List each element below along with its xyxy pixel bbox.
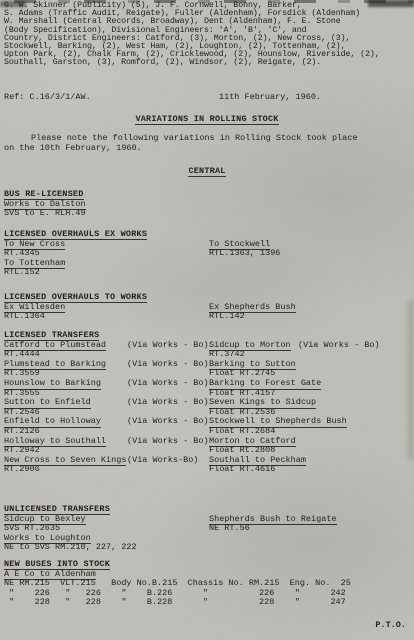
via-note: (Via Works - Bo)	[127, 341, 209, 351]
reference-number: Ref: C.16/3/1/AW.	[4, 92, 91, 102]
transfer-row: Plumstead to Barking (Via Works - Bo) Ba…	[4, 360, 99, 379]
scanned-document-page: G. W. Skinner (Publicity) (5), J. F. Cor…	[0, 0, 414, 640]
region-heading-row: CENTRAL	[0, 167, 414, 177]
transfer-row: Catford to Plumstead (Via Works - Bo) Si…	[4, 341, 99, 360]
section-bus-relicensed: BUS RE-LICENSED Works to Dalston SVS to …	[4, 190, 86, 219]
transfer-row: Enfield to Holloway (Via Works - Bo) Sto…	[4, 417, 99, 436]
fleet-numbers: NE RT.56	[209, 524, 337, 534]
via-note: (Via Works - Bo)	[298, 341, 380, 351]
fleet-numbers: RTL.152	[4, 268, 147, 278]
fleet-numbers: NE to SVS RM.210, 227, 222	[4, 543, 137, 553]
transfer-row: Sutton to Enfield (Via Works - Bo) Seven…	[4, 398, 99, 417]
document-date: 11th February, 1960.	[219, 93, 321, 103]
transfer-row: Hounslow to Barking (Via Works - Bo) Bar…	[4, 379, 99, 398]
section-new-buses: NEW BUSES INTO STOCK A E Co to Aldenham …	[4, 560, 351, 608]
scan-streak-right-edge	[408, 300, 414, 460]
pto-note: P.T.O.	[375, 621, 406, 631]
fleet-numbers: Float RT.4616	[209, 465, 275, 475]
document-content: G. W. Skinner (Publicity) (5), J. F. Cor…	[0, 0, 414, 640]
fleet-numbers: SVS to E. RLH.49	[4, 209, 86, 219]
table-row: " 228 " 228 " B.228 " 228 " 247	[4, 598, 351, 608]
document-title-row: VARIATIONS IN ROLLING STOCK	[0, 115, 414, 125]
via-note: (Via Works - Bo)	[127, 417, 209, 427]
fleet-numbers: RT.2906	[4, 465, 40, 475]
fleet-numbers: RTL.1363, 1396	[209, 249, 280, 259]
right-column: Shepherds Bush to Reigate NE RT.56	[209, 515, 337, 534]
fleet-numbers: RTL.142	[209, 312, 296, 322]
right-column: To Stockwell RTL.1363, 1396	[209, 240, 280, 259]
intro-paragraph: Please note the following variations in …	[4, 134, 357, 153]
reference-row: Ref: C.16/3/1/AW. 11th February, 1960.	[4, 93, 410, 104]
fleet-numbers: RTL.1364	[4, 312, 147, 322]
section-overhauls-to-works: LICENSED OVERHAULS TO WORKS Ex Willesden…	[4, 293, 147, 322]
section-unlicensed-transfers: UNLICENSED TRANSFERS Sidcup to Bexley SV…	[4, 505, 137, 553]
via-note: (Via Works - Bo)	[127, 437, 209, 447]
region-heading: CENTRAL	[188, 166, 225, 177]
section-overhauls-ex-works: LICENSED OVERHAULS EX WORKS To New Cross…	[4, 230, 147, 278]
via-note: (Via Works-Bo)	[127, 456, 198, 466]
document-title: VARIATIONS IN ROLLING STOCK	[135, 114, 278, 125]
intro-line: on the 10th February, 1960.	[4, 144, 357, 154]
distribution-line: Southall, Garston, (3), Romford, (2), Wi…	[4, 59, 412, 67]
distribution-list: G. W. Skinner (Publicity) (5), J. F. Cor…	[4, 2, 412, 68]
via-note: (Via Works - Bo)	[127, 360, 209, 370]
via-note: (Via Works - Bo)	[127, 379, 209, 389]
transfer-row: New Cross to Seven Kings (Via Works-Bo) …	[4, 456, 99, 475]
via-note: (Via Works - Bo)	[127, 398, 209, 408]
section-licensed-transfers: LICENSED TRANSFERS Catford to Plumstead …	[4, 331, 99, 475]
transfer-row: Holloway to Southall (Via Works - Bo) Mo…	[4, 437, 99, 456]
right-column: Ex Shepherds Bush RTL.142	[209, 303, 296, 322]
